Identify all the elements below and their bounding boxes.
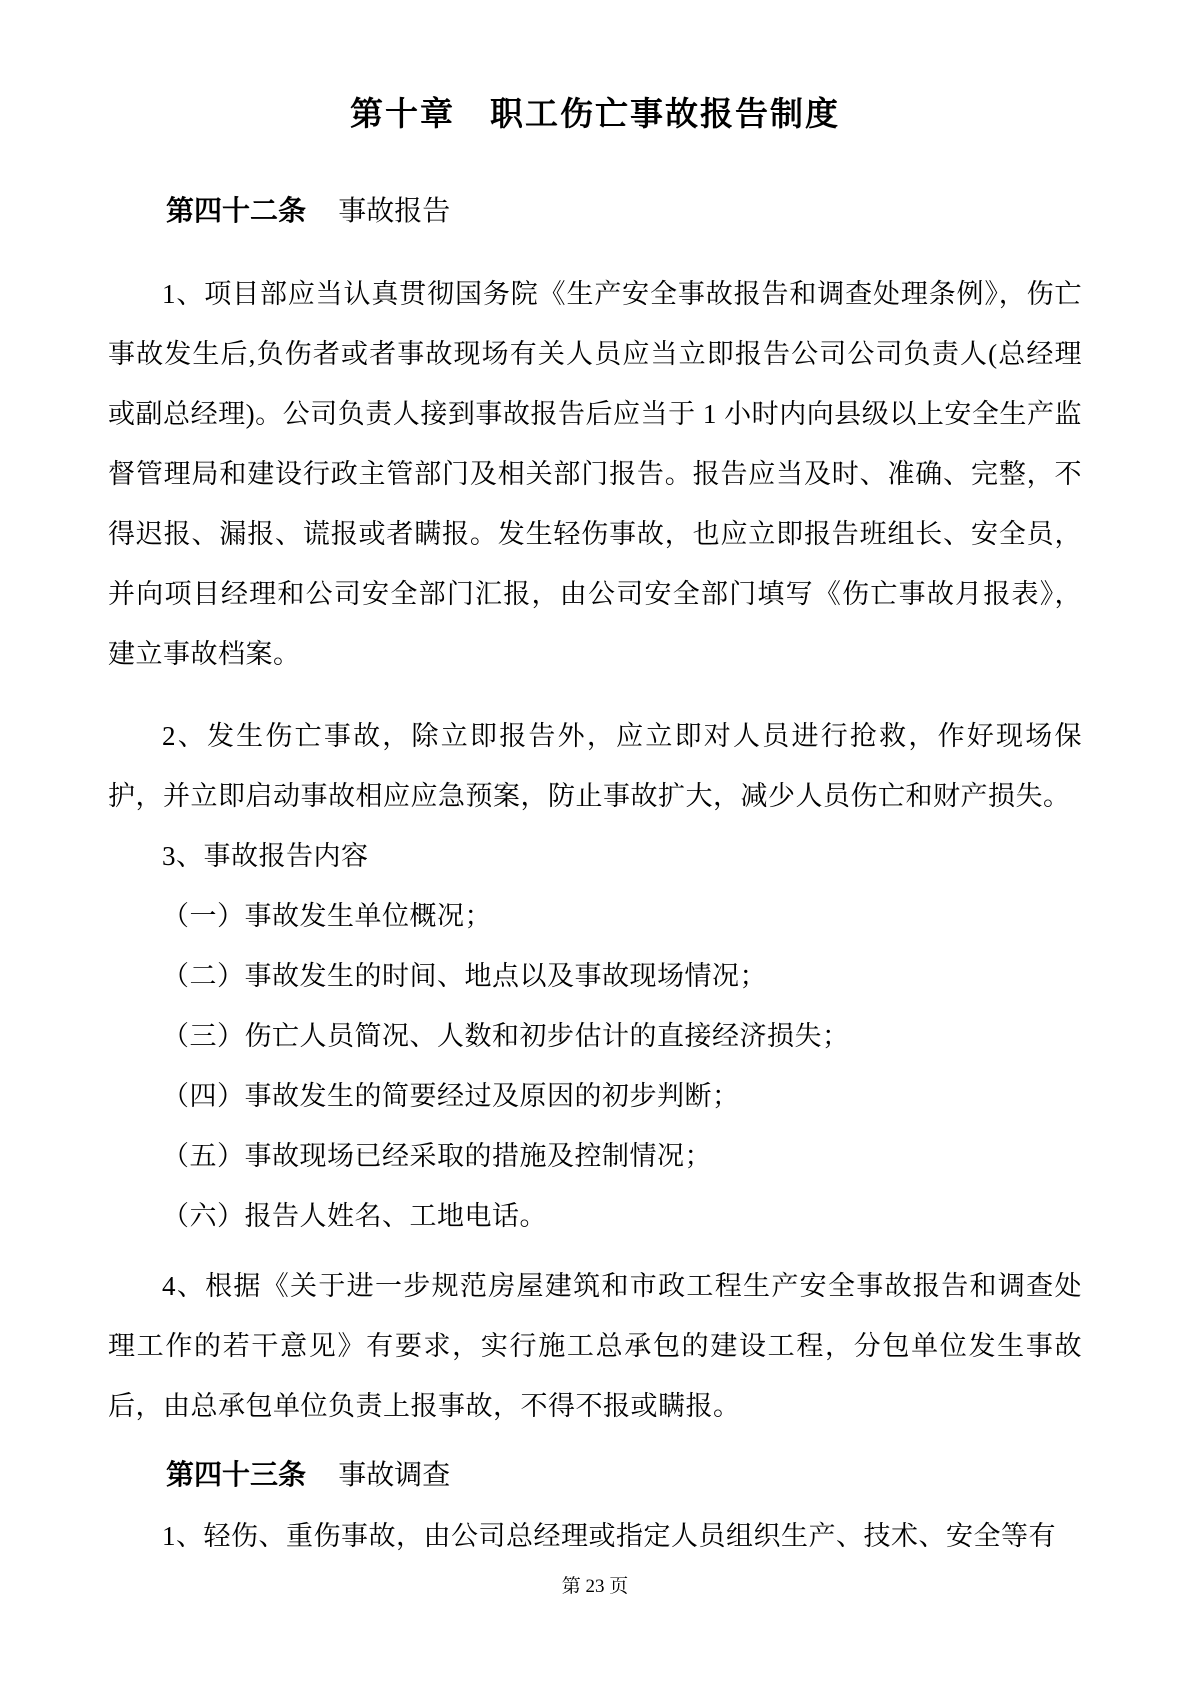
paragraph-rescue-measures: 2、发生伤亡事故，除立即报告外，应立即对人员进行抢救，作好现场保护，并立即启动事… — [108, 706, 1082, 826]
paragraph-investigation-start: 1、轻伤、重伤事故，由公司总经理或指定人员组织生产、技术、安全等有 — [108, 1506, 1082, 1566]
article-42-title: 事故报告 — [338, 196, 450, 227]
article-43-title: 事故调查 — [338, 1460, 450, 1491]
article-42-heading: 第四十二条 事故报告 — [108, 182, 1082, 242]
article-43-heading: 第四十三条 事故调查 — [108, 1446, 1082, 1506]
article-42-term: 第四十二条 — [166, 196, 306, 227]
report-content-item-4: （四）事故发生的简要经过及原因的初步判断； — [108, 1066, 1082, 1126]
report-content-item-3: （三）伤亡人员简况、人数和初步估计的直接经济损失； — [108, 1006, 1082, 1066]
chapter-title: 第十章 职工伤亡事故报告制度 — [108, 88, 1082, 142]
report-content-item-1: （一）事故发生单位概况； — [108, 886, 1082, 946]
page-number: 第 23 页 — [562, 1576, 629, 1597]
article-43-term: 第四十三条 — [166, 1460, 306, 1491]
paragraph-report-content-label: 3、事故报告内容 — [108, 826, 1082, 886]
report-content-list: （一）事故发生单位概况； （二）事故发生的时间、地点以及事故现场情况； （三）伤… — [108, 886, 1082, 1246]
document-page: 第十章 职工伤亡事故报告制度 第四十二条 事故报告 1、项目部应当认真贯彻国务院… — [0, 0, 1190, 1683]
report-content-item-5: （五）事故现场已经采取的措施及控制情况； — [108, 1126, 1082, 1186]
report-content-item-6: （六）报告人姓名、工地电话。 — [108, 1186, 1082, 1246]
page-footer: 第 23 页 — [0, 1572, 1190, 1602]
report-content-item-2: （二）事故发生的时间、地点以及事故现场情况； — [108, 946, 1082, 1006]
paragraph-report-duty: 1、项目部应当认真贯彻国务院《生产安全事故报告和调查处理条例》，伤亡事故发生后,… — [108, 264, 1082, 684]
document-content: 第十章 职工伤亡事故报告制度 第四十二条 事故报告 1、项目部应当认真贯彻国务院… — [108, 88, 1082, 1566]
paragraph-subcontractor-rule: 4、根据《关于进一步规范房屋建筑和市政工程生产安全事故报告和调查处理工作的若干意… — [108, 1256, 1082, 1436]
